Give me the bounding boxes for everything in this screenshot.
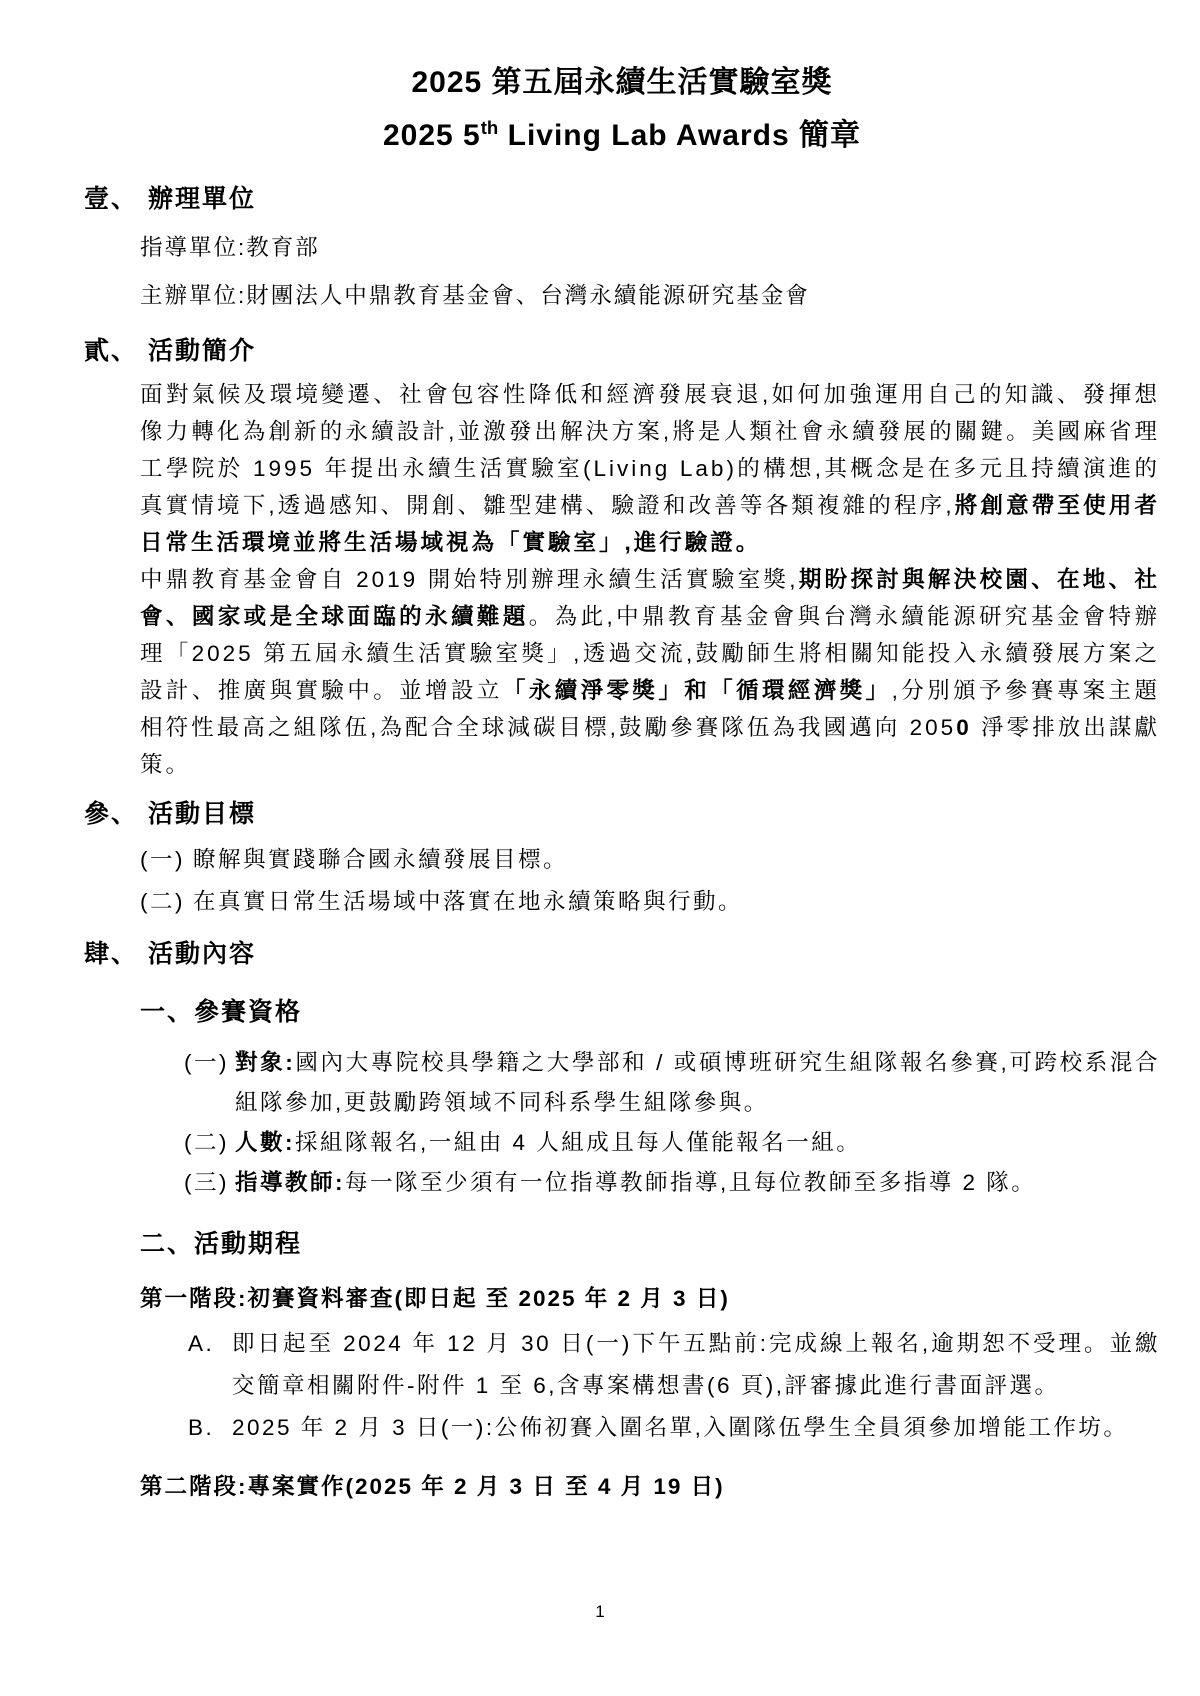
title-en-prefix: 2025 5 bbox=[383, 119, 481, 152]
goal-text: 在真實日常生活場域中落實在地永續策略與行動。 bbox=[193, 881, 1160, 923]
eligibility-list: (一) 對象:國內大專院校具學籍之大學部和 / 或碩博班研究生組隊報名參賽,可跨… bbox=[84, 1043, 1160, 1203]
intro-paragraph-2: 中鼎教育基金會自 2019 開始特別辦理永續生活實驗室獎,期盼探討與解決校園、在… bbox=[140, 561, 1160, 783]
host-unit-line: 主辦單位:財團法人中鼎教育基金會、台灣永續能源研究基金會 bbox=[140, 272, 1160, 320]
stage1-item-b-text: 2025 年 2 月 3 日(一):公佈初賽入圍名單,入圍隊伍學生全員須參加增能… bbox=[232, 1407, 1160, 1449]
list-marker: (一) bbox=[140, 839, 185, 881]
eligibility-item-advisor: (三) 指導教師:每一隊至少須有一位指導教師指導,且每位教師至多指導 2 隊。 bbox=[184, 1163, 1160, 1203]
section-number: 貳、 bbox=[84, 334, 148, 368]
stage1-item-a-text: 即日起至 2024 年 12 月 30 日(一)下午五點前:完成線上報名,逾期恕… bbox=[232, 1323, 1160, 1407]
stage2-heading: 第二階段:專案實作(2025 年 2 月 3 日 至 4 月 19 日) bbox=[140, 1471, 1160, 1503]
eligibility-item-target: (一) 對象:國內大專院校具學籍之大學部和 / 或碩博班研究生組隊報名參賽,可跨… bbox=[184, 1043, 1160, 1123]
section-title: 辦理單位 bbox=[148, 182, 256, 216]
goals-list: (一) 瞭解與實踐聯合國永續發展目標。 (二) 在真實日常生活場域中落實在地永續… bbox=[140, 839, 1160, 923]
section-heading-content: 肆、 活動內容 bbox=[84, 937, 1160, 971]
section-heading-goals: 參、 活動目標 bbox=[84, 797, 1160, 831]
list-marker: B. bbox=[188, 1407, 232, 1449]
goal-item-2: (二) 在真實日常生活場域中落實在地永續策略與行動。 bbox=[140, 881, 1160, 923]
section-title: 活動目標 bbox=[148, 797, 256, 831]
goal-item-1: (一) 瞭解與實踐聯合國永續發展目標。 bbox=[140, 839, 1160, 881]
document-title: 2025 第五屆永續生活實驗室獎 2025 5th Living Lab Awa… bbox=[84, 60, 1160, 158]
eligibility-text: 對象:國內大專院校具學籍之大學部和 / 或碩博班研究生組隊報名參賽,可跨校系混合… bbox=[235, 1043, 1160, 1123]
stage1-list: A. 即日起至 2024 年 12 月 30 日(一)下午五點前:完成線上報名,… bbox=[84, 1323, 1160, 1449]
goal-text: 瞭解與實踐聯合國永續發展目標。 bbox=[193, 839, 1160, 881]
section-heading-introduction: 貳、 活動簡介 bbox=[84, 334, 1160, 368]
section-number: 肆、 bbox=[84, 937, 148, 971]
eligibility-item-headcount: (二) 人數:採組隊報名,一組由 4 人組成且每人僅能報名一組。 bbox=[184, 1123, 1160, 1163]
stage1-item-b: B. 2025 年 2 月 3 日(一):公佈初賽入圍名單,入圍隊伍學生全員須參… bbox=[188, 1407, 1160, 1449]
introduction-body: 面對氣候及環境變遷、社會包容性降低和經濟發展衰退,如何加強運用自己的知識、發揮想… bbox=[140, 376, 1160, 783]
list-marker: (一) bbox=[184, 1043, 229, 1123]
list-marker: A. bbox=[188, 1323, 232, 1407]
eligibility-text: 指導教師:每一隊至少須有一位指導教師指導,且每位教師至多指導 2 隊。 bbox=[235, 1163, 1160, 1203]
intro-paragraph-1: 面對氣候及環境變遷、社會包容性降低和經濟發展衰退,如何加強運用自己的知識、發揮想… bbox=[140, 376, 1160, 561]
section-title: 活動簡介 bbox=[148, 334, 256, 368]
document-page: 2025 第五屆永續生活實驗室獎 2025 5th Living Lab Awa… bbox=[0, 0, 1200, 1696]
section-title: 活動內容 bbox=[148, 937, 256, 971]
title-en-suffix: Living Lab Awards 簡章 bbox=[498, 119, 861, 152]
list-marker: (三) bbox=[184, 1163, 229, 1203]
subsection-heading-eligibility: 一、參賽資格 bbox=[140, 995, 1160, 1029]
stage1-heading: 第一階段:初賽資料審查(即日起 至 2025 年 2 月 3 日) bbox=[140, 1283, 1160, 1315]
list-marker: (二) bbox=[184, 1123, 229, 1163]
advisor-unit-line: 指導單位:教育部 bbox=[140, 224, 1160, 272]
subsection-heading-schedule: 二、活動期程 bbox=[140, 1227, 1160, 1261]
list-marker: (二) bbox=[140, 881, 185, 923]
title-line-en: 2025 5th Living Lab Awards 簡章 bbox=[84, 105, 1160, 158]
organizers-body: 指導單位:教育部 主辦單位:財團法人中鼎教育基金會、台灣永續能源研究基金會 bbox=[140, 224, 1160, 320]
eligibility-text: 人數:採組隊報名,一組由 4 人組成且每人僅能報名一組。 bbox=[235, 1123, 1160, 1163]
title-en-superscript: th bbox=[481, 117, 499, 138]
page-number: 1 bbox=[0, 1602, 1200, 1622]
stage1-item-a: A. 即日起至 2024 年 12 月 30 日(一)下午五點前:完成線上報名,… bbox=[188, 1323, 1160, 1407]
section-number: 壹、 bbox=[84, 182, 148, 216]
section-heading-organizers: 壹、 辦理單位 bbox=[84, 182, 1160, 216]
section-number: 參、 bbox=[84, 797, 148, 831]
title-line-zh: 2025 第五屆永續生活實驗室獎 bbox=[84, 60, 1160, 105]
